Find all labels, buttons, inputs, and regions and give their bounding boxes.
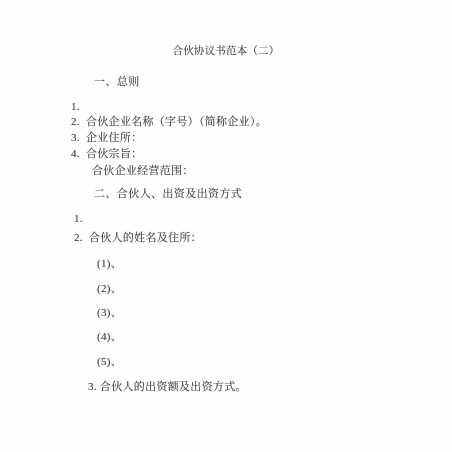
partner-entry-2: (2)、 [97,283,122,295]
section-1-item-4: 4. 合伙宗旨： [71,148,142,160]
section-1-item-2: 2. 合伙企业名称（字号）（简称企业）。 [71,116,267,128]
document-title: 合伙协议书范本（二） [0,46,452,58]
partner-entry-1: (1)、 [97,258,122,270]
section-1-item-1: 1. [71,101,80,113]
section-2-item-3: 3. 合伙人的出资额及出资方式。 [88,381,247,393]
section-1-business-scope-line: 合伙企业经营范围： [92,165,194,177]
section-1-heading: 一、总则 [94,76,140,88]
section-2-item-1: 1. [74,213,83,225]
partner-entry-4: (4)、 [97,331,122,343]
section-2-heading: 二、合伙人、出资及出资方式 [94,188,242,200]
partner-entry-5: (5)、 [97,356,122,368]
section-2-item-2: 2. 合伙人的姓名及住所： [74,232,202,244]
section-1-item-3: 3. 企业住所： [71,132,142,144]
partner-entry-3: (3)、 [97,307,122,319]
document-page: 合伙协议书范本（二） 一、总则 1. 2. 合伙企业名称（字号）（简称企业）。 … [0,0,452,452]
